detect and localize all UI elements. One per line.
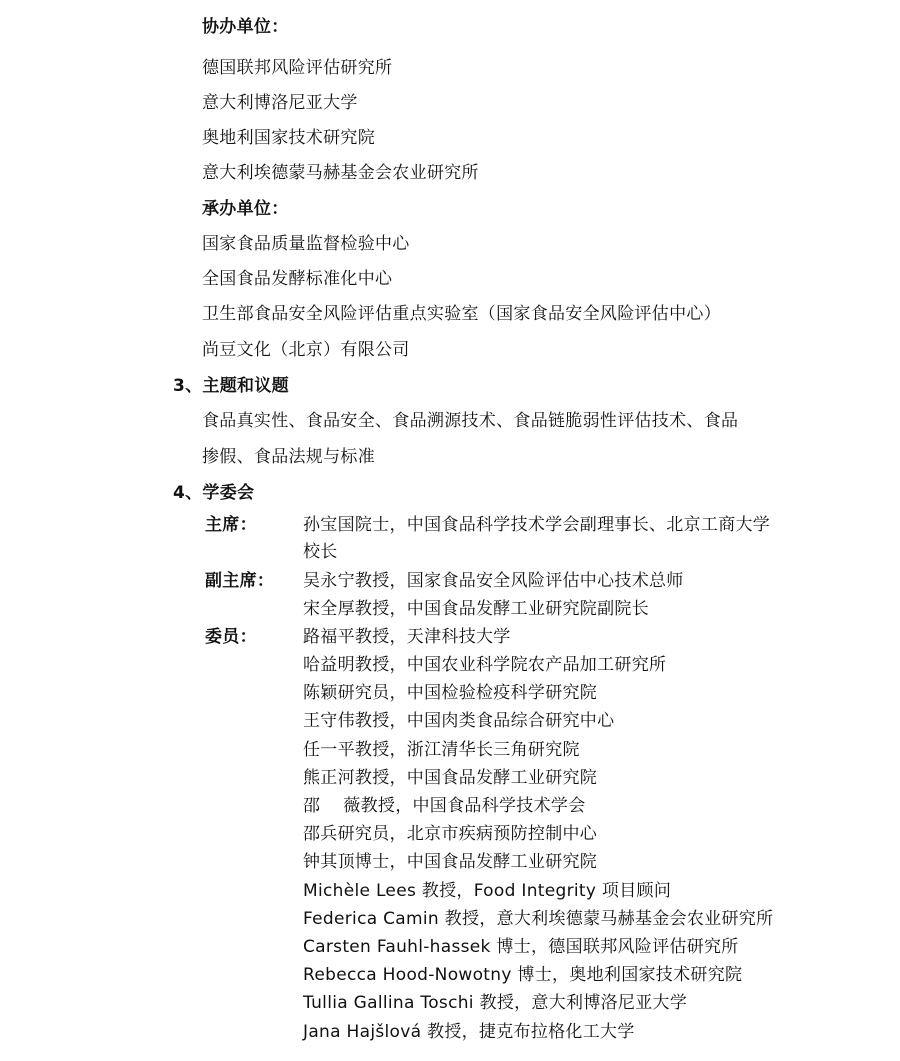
member-line: 熊正河教授，中国食品发酵工业研究院 (303, 767, 597, 789)
co-organizer-item: 德国联邦风险评估研究所 (202, 57, 392, 79)
member-line: 邵 薇教授，中国食品科学技术学会 (303, 795, 586, 817)
topics-text-line: 食品真实性、食品安全、食品溯源技术、食品链脆弱性评估技术、食品 (202, 410, 738, 432)
vice-chair-line: 宋全厚教授，中国食品发酵工业研究院副院长 (303, 598, 649, 620)
organizer-item: 国家食品质量监督检验中心 (202, 233, 410, 255)
organizer-item: 全国食品发酵标准化中心 (202, 268, 392, 290)
co-organizers-heading: 协办单位： (202, 16, 289, 38)
member-line: Rebecca Hood-Nowotny 博士，奥地利国家技术研究院 (303, 964, 742, 986)
co-organizer-item: 意大利埃德蒙马赫基金会农业研究所 (202, 162, 479, 184)
members-label: 委员： (205, 626, 257, 648)
member-line: 邵兵研究员，北京市疾病预防控制中心 (303, 823, 597, 845)
organizer-item: 卫生部食品安全风险评估重点实验室（国家食品安全风险评估中心） (202, 303, 721, 325)
committee-heading: 4、学委会 (173, 482, 254, 504)
chair-line: 校长 (303, 541, 338, 563)
vice-chair-line: 吴永宁教授，国家食品安全风险评估中心技术总师 (303, 570, 684, 592)
organizer-item: 尚豆文化（北京）有限公司 (202, 339, 410, 361)
member-line: Michèle Lees 教授，Food Integrity 项目顾问 (303, 880, 671, 902)
topics-text-line: 掺假、食品法规与标准 (202, 446, 375, 468)
organizers-heading: 承办单位： (202, 198, 289, 220)
member-line: 任一平教授，浙江清华长三角研究院 (303, 739, 580, 761)
co-organizer-item: 意大利博洛尼亚大学 (202, 92, 358, 114)
member-line: 路福平教授，天津科技大学 (303, 626, 511, 648)
member-line: 钟其顶博士，中国食品发酵工业研究院 (303, 851, 597, 873)
member-line: Carsten Fauhl-hassek 博士，德国联邦风险评估研究所 (303, 936, 739, 958)
member-line: Federica Camin 教授，意大利埃德蒙马赫基金会农业研究所 (303, 908, 773, 930)
co-organizer-item: 奥地利国家技术研究院 (202, 127, 375, 149)
chair-line: 孙宝国院士，中国食品科学技术学会副理事长、北京工商大学 (303, 514, 770, 536)
vice-chair-label: 副主席： (205, 570, 274, 592)
member-line: 陈颖研究员，中国检验检疫科学研究院 (303, 682, 597, 704)
member-line: Tullia Gallina Toschi 教授，意大利博洛尼亚大学 (303, 992, 687, 1014)
member-line: 哈益明教授，中国农业科学院农产品加工研究所 (303, 654, 666, 676)
document-page: 协办单位： 德国联邦风险评估研究所 意大利博洛尼亚大学 奥地利国家技术研究院 意… (0, 0, 900, 1061)
chair-label: 主席： (205, 514, 257, 536)
topics-heading: 3、主题和议题 (173, 375, 289, 397)
member-line: 王守伟教授，中国肉类食品综合研究中心 (303, 710, 614, 732)
member-line: Jana Hajšlová 教授，捷克布拉格化工大学 (303, 1021, 635, 1043)
